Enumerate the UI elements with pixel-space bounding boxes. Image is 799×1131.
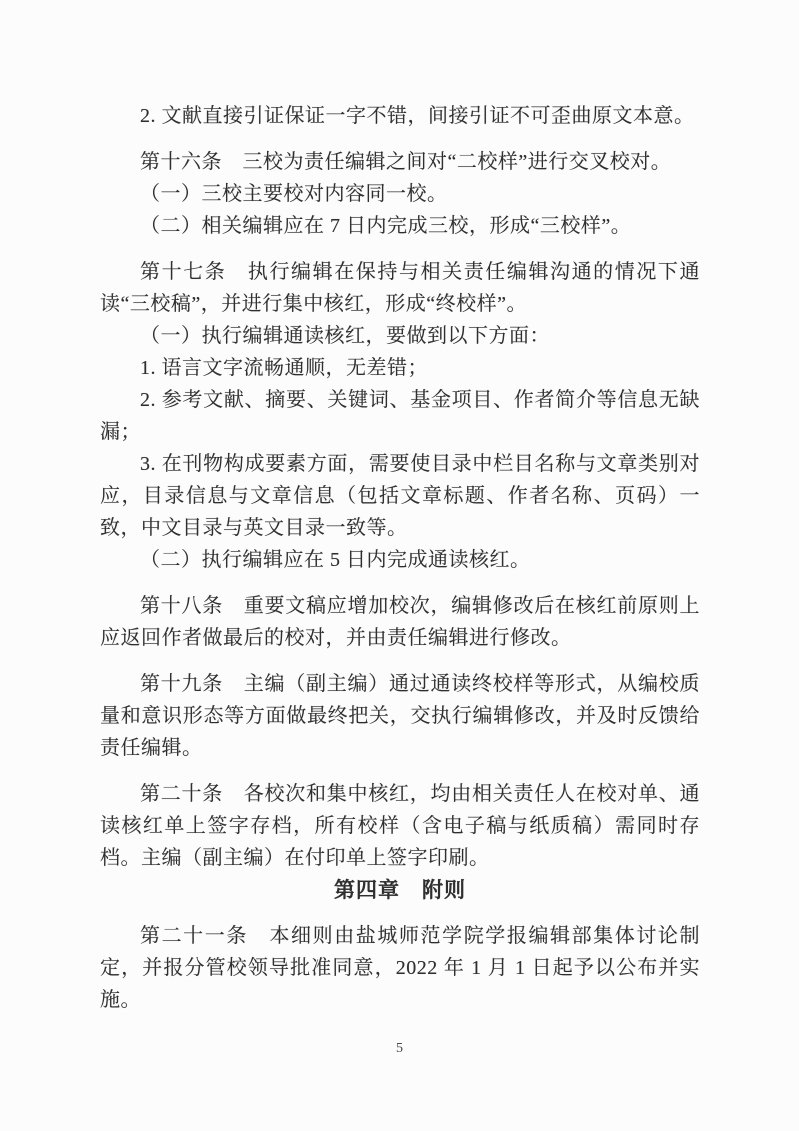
paragraph-article-19: 第十九条 主编（副主编）通过通读终校样等形式，从编校质量和意识形态等方面做最终把… bbox=[100, 668, 700, 764]
paragraph-sub-item-2: （二）相关编辑应在 7 日内完成三校，形成“三校样”。 bbox=[100, 210, 700, 242]
paragraph-list-item-2: 2. 文献直接引证保证一字不错，间接引证不可歪曲原文本意。 bbox=[100, 100, 700, 132]
document-body: 2. 文献直接引证保证一字不错，间接引证不可歪曲原文本意。 第十六条 三校为责任… bbox=[100, 100, 700, 1016]
paragraph-list-item-2: 2. 参考文献、摘要、关键词、基金项目、作者简介等信息无缺漏； bbox=[100, 384, 700, 448]
page-number: 5 bbox=[0, 1041, 799, 1057]
paragraph-sub-item-2: （二）执行编辑应在 5 日内完成通读核红。 bbox=[100, 544, 700, 576]
paragraph-sub-item-1: （一）执行编辑通读核红，要做到以下方面： bbox=[100, 320, 700, 352]
paragraph-article-20: 第二十条 各校次和集中核红，均由相关责任人在校对单、通读核红单上签字存档，所有校… bbox=[100, 778, 700, 874]
paragraph-article-17: 第十七条 执行编辑在保持与相关责任编辑沟通的情况下通读“三校稿”，并进行集中核红… bbox=[100, 256, 700, 320]
paragraph-article-21: 第二十一条 本细则由盐城师范学院学报编辑部集体讨论制定，并报分管校领导批准同意，… bbox=[100, 920, 700, 1016]
document-page: 2. 文献直接引证保证一字不错，间接引证不可歪曲原文本意。 第十六条 三校为责任… bbox=[0, 0, 799, 1131]
paragraph-article-16: 第十六条 三校为责任编辑之间对“二校样”进行交叉校对。 bbox=[100, 146, 700, 178]
paragraph-sub-item-1: （一）三校主要校对内容同一校。 bbox=[100, 178, 700, 210]
paragraph-list-item-1: 1. 语言文字流畅通顺，无差错； bbox=[100, 352, 700, 384]
paragraph-article-18: 第十八条 重要文稿应增加校次，编辑修改后在核红前原则上应返回作者做最后的校对，并… bbox=[100, 590, 700, 654]
chapter-heading: 第四章 附则 bbox=[100, 874, 700, 906]
paragraph-list-item-3: 3. 在刊物构成要素方面，需要使目录中栏目名称与文章类别对应，目录信息与文章信息… bbox=[100, 448, 700, 544]
